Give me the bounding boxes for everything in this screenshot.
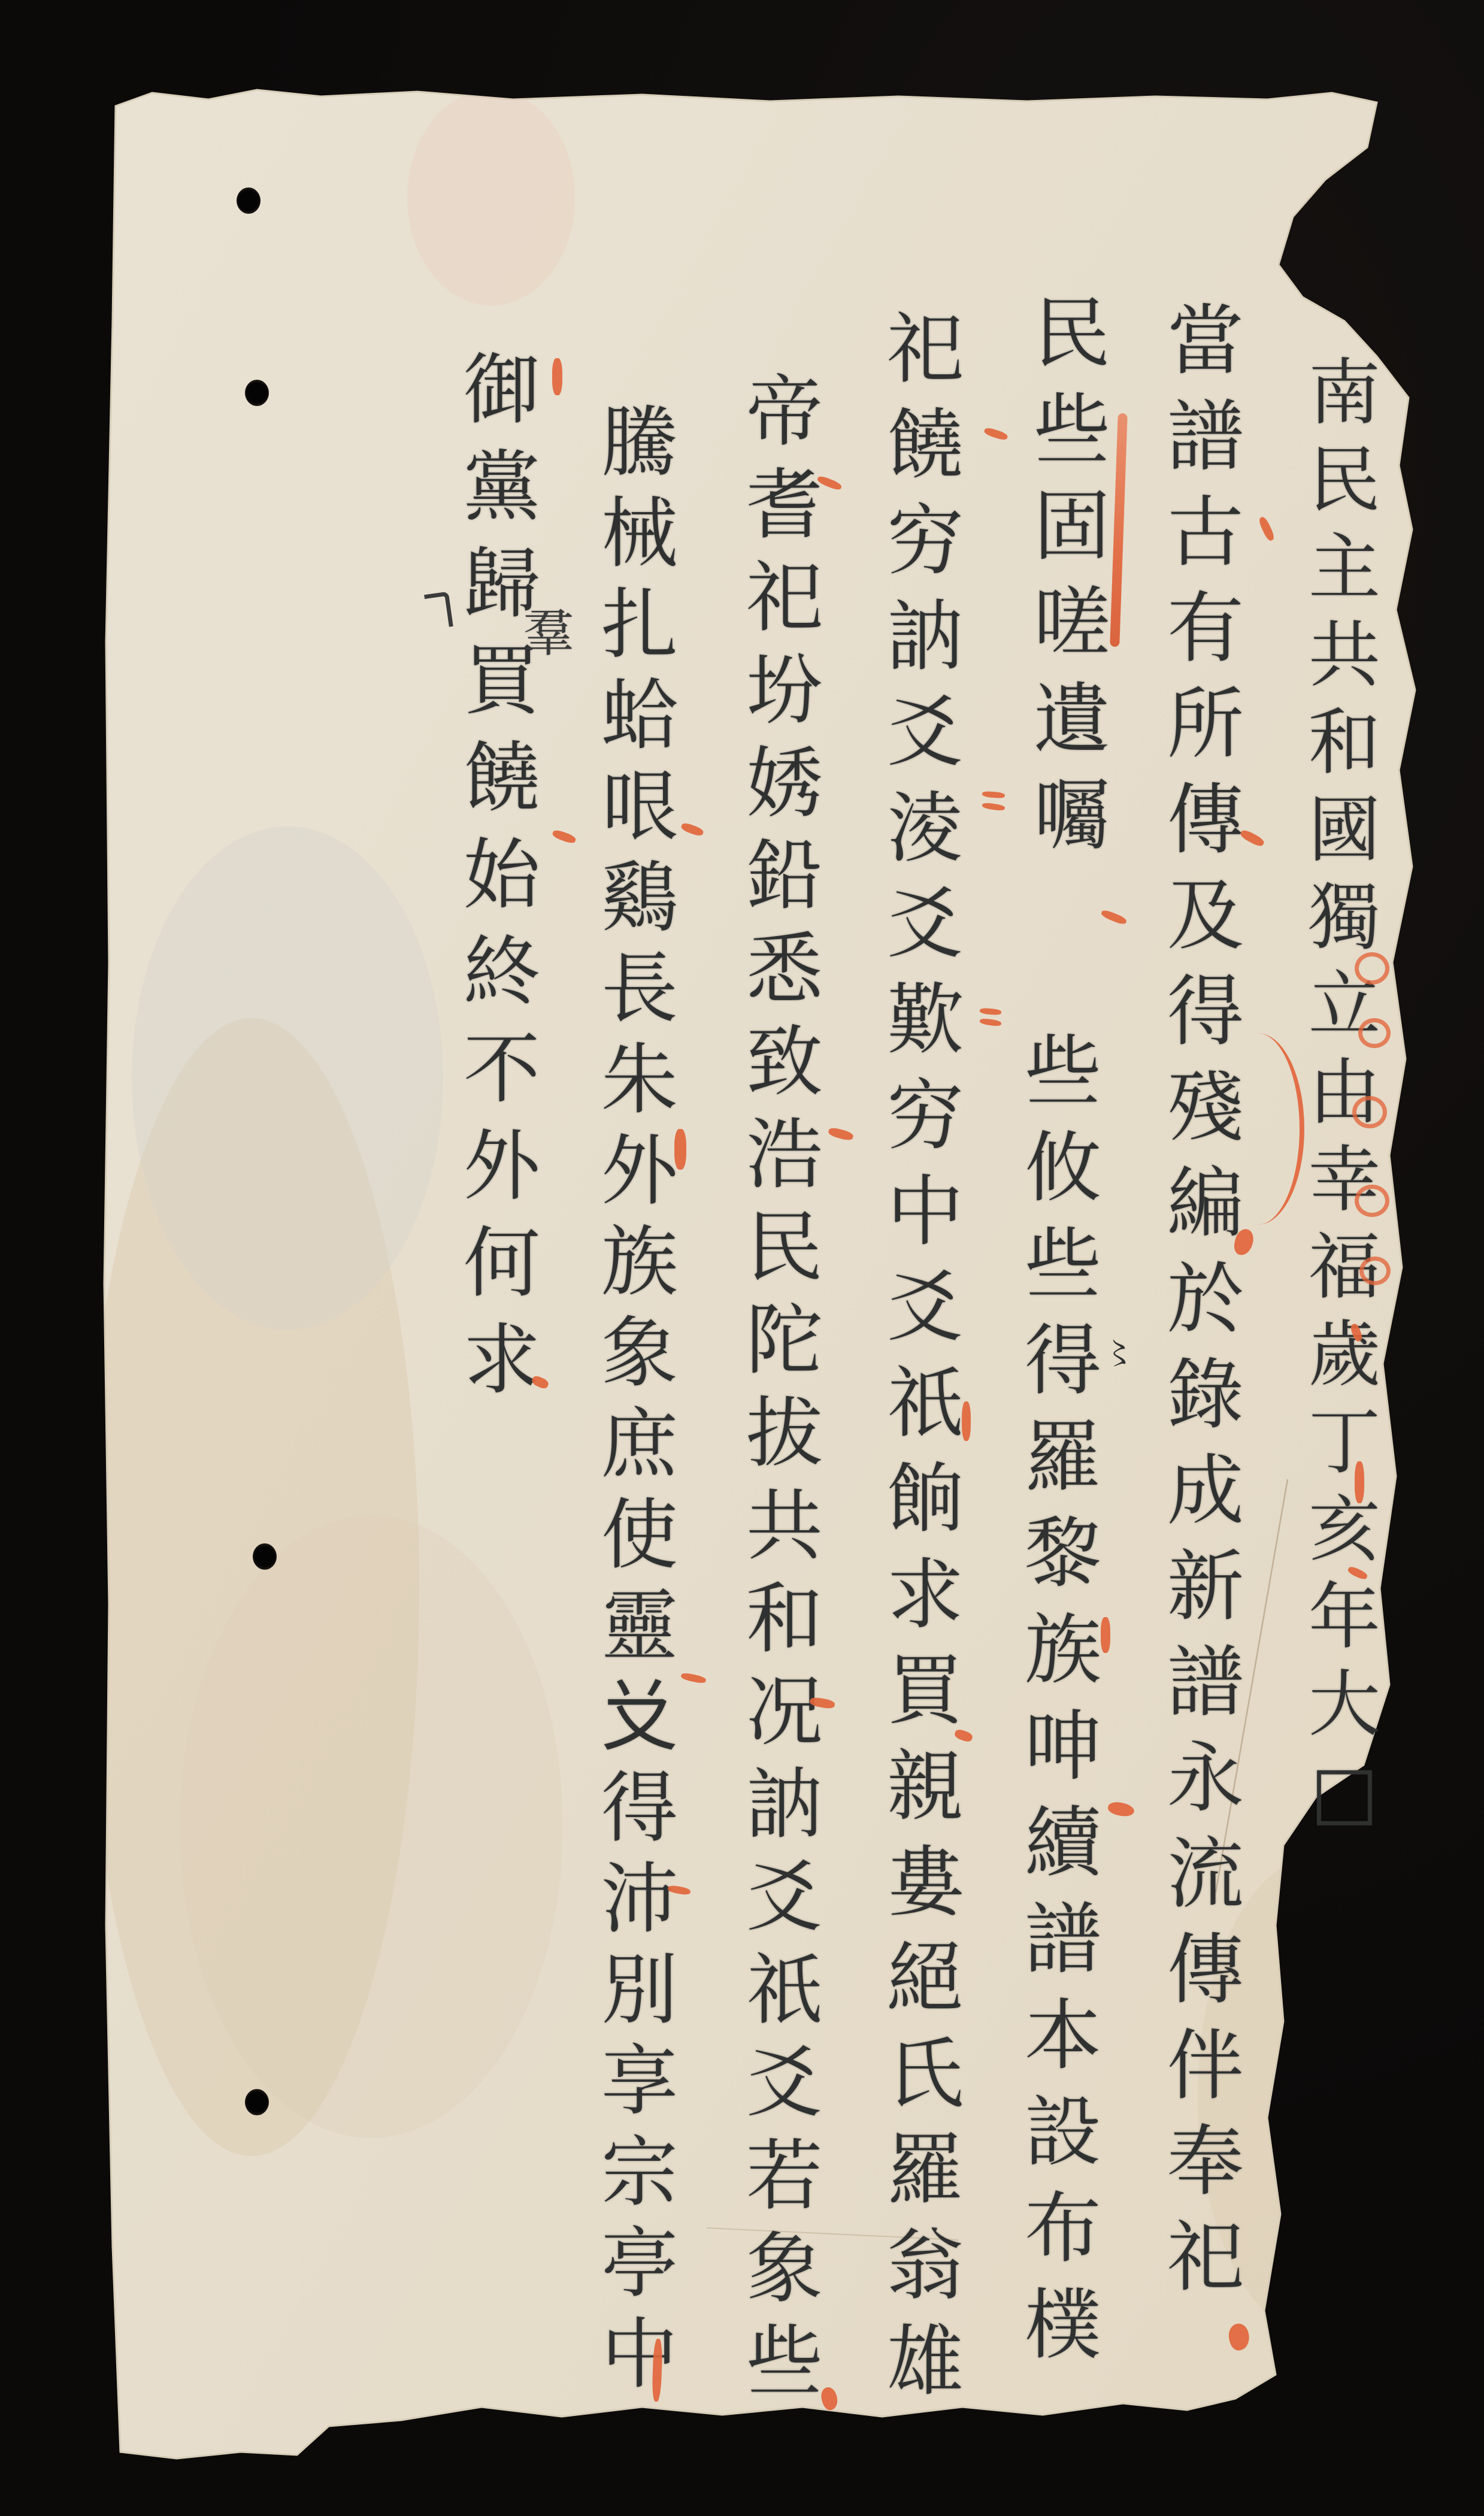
character: 當: [1155, 293, 1256, 389]
character: 享: [589, 2036, 690, 2127]
character: 象: [589, 1308, 690, 1399]
character: 固: [1021, 479, 1123, 575]
character: 國: [1294, 787, 1395, 874]
character: 年: [1294, 1574, 1395, 1661]
character: 族: [1012, 1602, 1114, 1698]
binding-hole: [245, 380, 269, 406]
interlinear-insert: 羣: [516, 608, 582, 659]
character: 族: [589, 1217, 690, 1308]
character: 得: [589, 1763, 690, 1854]
character: 成: [1155, 1443, 1256, 1539]
text-column-3-lower: 些攸些得羅黎族呻續譜本設布樸: [1012, 1024, 1114, 2373]
character: 亭: [589, 2218, 690, 2309]
character: 丁: [1294, 1399, 1395, 1486]
character: 坋: [734, 644, 835, 737]
character: 歎: [874, 973, 976, 1068]
character: 祀: [874, 302, 976, 398]
character: 古: [1155, 485, 1256, 581]
character: 求: [874, 1548, 976, 1643]
character: 何: [451, 1215, 553, 1312]
character: 翁: [874, 2218, 976, 2314]
tick-mark: [424, 591, 453, 629]
character: 外: [589, 1126, 690, 1217]
character: 𠬠: [589, 1672, 690, 1763]
character: 宗: [589, 2127, 690, 2218]
character: 立: [1294, 962, 1395, 1049]
character: 沛: [589, 1854, 690, 1945]
character: 共: [734, 1480, 835, 1573]
character: 些: [734, 2315, 835, 2408]
character: 長: [589, 944, 690, 1035]
character: 悉: [734, 923, 835, 1016]
character: 傳: [1155, 773, 1256, 868]
character: 陀: [734, 1294, 835, 1387]
character: 祇: [874, 1356, 976, 1452]
character: 哏: [589, 762, 690, 853]
character: 羅: [874, 2123, 976, 2218]
character: 得: [1155, 964, 1256, 1060]
character: 亥: [1294, 1486, 1395, 1574]
character: 鉛: [734, 830, 835, 923]
character: 穷: [874, 493, 976, 589]
character: 福: [1294, 1224, 1395, 1312]
character: 攸: [1012, 1120, 1114, 1216]
character: 共: [1294, 612, 1395, 700]
character: 氏: [874, 2027, 976, 2123]
character: 御: [451, 342, 553, 439]
character: 絕: [874, 1931, 976, 2027]
character: 民: [1294, 437, 1395, 525]
character: 譜: [1155, 1635, 1256, 1731]
character: 象: [734, 2223, 835, 2315]
character: 續: [1012, 1795, 1114, 1891]
character: 獨: [1294, 874, 1395, 962]
character: 遺: [1021, 671, 1123, 768]
character: 及: [1155, 868, 1256, 964]
character: 囑: [1021, 768, 1123, 864]
character: 爻: [874, 685, 976, 781]
text-column-6: 騰械扎蛤哏鷄長朱外族象庶使靈𠬠得沛別享宗亭中: [589, 398, 690, 2400]
character: 有: [1155, 581, 1256, 677]
text-column-2: 當譜古有所傳及得殘編於錄成新譜永流傳伴奉祀: [1155, 293, 1256, 2306]
character: 民: [734, 1201, 835, 1294]
character: 親: [874, 1739, 976, 1835]
character: 本: [1012, 1988, 1114, 2084]
character: 始: [451, 827, 553, 924]
character: 所: [1155, 677, 1256, 773]
character: 靈: [589, 1581, 690, 1672]
character: 和: [734, 1573, 835, 1666]
character: 械: [589, 489, 690, 580]
character: 中: [589, 2309, 690, 2400]
text-column-5: 帝耆祀坋㛢鉛悉致浩民陀拔共和况訥爻祇爻若象些: [734, 366, 835, 2408]
water-stain: [180, 1515, 563, 2138]
character: 布: [1012, 2181, 1114, 2277]
character: 爻: [874, 1260, 976, 1356]
binding-hole: [245, 2089, 269, 2115]
character: 羅: [1012, 1409, 1114, 1506]
character: 拔: [734, 1387, 835, 1480]
character: 譜: [1155, 389, 1256, 485]
character: 別: [589, 1945, 690, 2036]
character: 耆: [734, 459, 835, 552]
character: 新: [1155, 1539, 1256, 1635]
character: 帝: [734, 366, 835, 459]
character: 流: [1155, 1827, 1256, 1922]
character: 得: [1012, 1313, 1114, 1409]
character: 嗟: [1021, 575, 1123, 671]
character: 中: [874, 1164, 976, 1260]
character: 買: [874, 1643, 976, 1739]
character: 况: [734, 1666, 835, 1758]
grey-tint: [132, 826, 443, 1330]
character: 淩: [874, 781, 976, 877]
character: 譜: [1012, 1891, 1114, 1988]
character: 外: [451, 1118, 553, 1215]
character: 朱: [589, 1035, 690, 1126]
character: 扎: [589, 580, 690, 671]
character: 穷: [874, 1068, 976, 1164]
character: 雄: [874, 2314, 976, 2410]
character: 祇: [734, 1944, 835, 2037]
character: 永: [1155, 1731, 1256, 1827]
character: 㛢: [734, 737, 835, 830]
character: 殘: [1155, 1060, 1256, 1156]
binding-hole: [253, 1543, 277, 1570]
character: 南: [1294, 350, 1395, 437]
character: 饒: [451, 730, 553, 827]
character: 些: [1021, 382, 1123, 479]
character: 編: [1155, 1156, 1256, 1252]
character: 些: [1012, 1216, 1114, 1313]
character: 設: [1012, 2084, 1114, 2181]
pink-tint: [407, 90, 575, 305]
character: 鷄: [589, 853, 690, 944]
character: 餉: [874, 1452, 976, 1548]
character: 傳: [1155, 1922, 1256, 2018]
character: 訥: [734, 1758, 835, 1851]
character: 於: [1155, 1252, 1256, 1348]
manuscript-page: { "manuscript": { "columns": [ {"cells":…: [0, 0, 1484, 2516]
character: 主: [1294, 525, 1395, 612]
character: 求: [451, 1312, 553, 1409]
text-column-3-upper: 民些固嗟遺囑: [1021, 286, 1123, 864]
character: 黨: [451, 439, 553, 536]
character: 呻: [1012, 1698, 1114, 1795]
character: 爻: [734, 1851, 835, 1944]
character: 伴: [1155, 2018, 1256, 2114]
character: 幸: [1294, 1137, 1395, 1224]
repetition-mark: 〻: [1103, 1339, 1134, 1370]
text-column-1-header-line: 南民主共和國獨立由幸福歲丁亥年大□: [1294, 350, 1395, 1836]
character: 蛤: [589, 671, 690, 762]
character: 爻: [734, 2037, 835, 2130]
character: 爻: [874, 877, 976, 973]
character: 致: [734, 1016, 835, 1109]
character: 不: [451, 1021, 553, 1118]
character: 訥: [874, 589, 976, 685]
character: 些: [1012, 1024, 1114, 1120]
character: 庶: [589, 1399, 690, 1490]
character: □: [1294, 1749, 1395, 1836]
binding-hole: [237, 187, 261, 214]
character: 和: [1294, 700, 1395, 787]
character: 祀: [734, 552, 835, 644]
character: 由: [1294, 1049, 1395, 1137]
character: 黎: [1012, 1506, 1114, 1602]
character: 歲: [1294, 1312, 1395, 1399]
character: 樸: [1012, 2277, 1114, 2373]
character: 錄: [1155, 1348, 1256, 1443]
character: 婁: [874, 1835, 976, 1931]
text-column-7: 御黨歸買饒始終不外何求: [451, 342, 553, 1409]
character: 饒: [874, 398, 976, 493]
character: 騰: [589, 398, 690, 489]
text-column-4: 祀饒穷訥爻淩爻歎穷中爻祇餉求買親婁絕氏羅翁雄: [874, 302, 976, 2410]
character: 大: [1294, 1661, 1395, 1749]
character: 終: [451, 924, 553, 1021]
character: 使: [589, 1490, 690, 1581]
character: 奉: [1155, 2114, 1256, 2210]
character: 若: [734, 2130, 835, 2223]
character: 祀: [1155, 2210, 1256, 2306]
character: 民: [1021, 286, 1123, 382]
character: 浩: [734, 1109, 835, 1201]
